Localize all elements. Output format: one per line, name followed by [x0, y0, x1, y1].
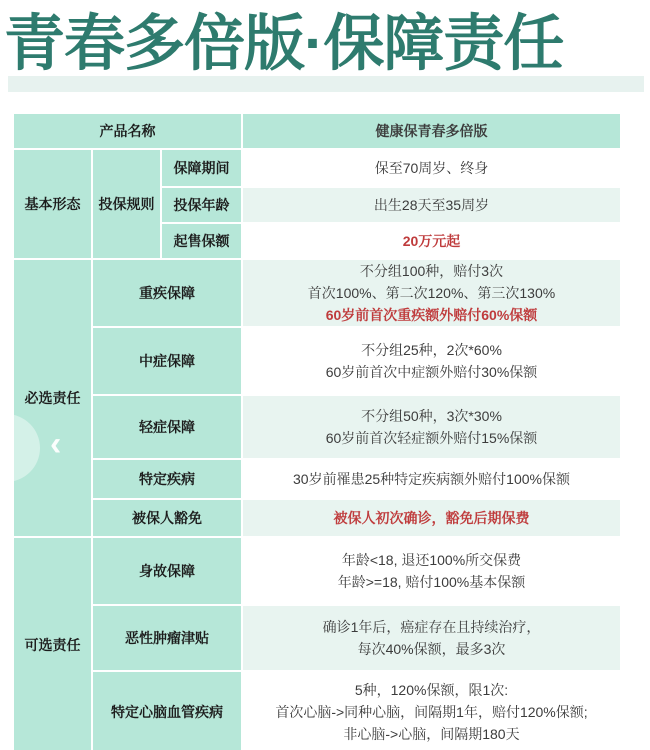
table-row: 中症保障 不分组25种，2次*60% 60岁前首次中症额外赔付30%保额 — [14, 328, 620, 394]
table-row: 可选责任 身故保障 年龄<18, 退还100%所交保费 年龄>=18, 赔付10… — [14, 538, 620, 604]
table-row: 必选责任 重疾保障 不分组100种，赔付3次 首次100%、第二次120%、第三… — [14, 260, 620, 326]
value-cancer-allowance: 确诊1年后，癌症存在且持续治疗， 每次40%保额，最多3次 — [243, 606, 620, 670]
row-label-mild-illness: 轻症保障 — [93, 396, 241, 458]
value-line: 20万元起 — [247, 230, 616, 252]
row-label-specific-disease: 特定疾病 — [93, 460, 241, 498]
section-optional-liability-cell: 可选责任 — [14, 538, 91, 750]
value-line: 保至70周岁、终身 — [247, 157, 616, 179]
value-specific-disease: 30岁前罹患25种特定疾病额外赔付100%保额 — [243, 460, 620, 498]
value-line: 被保人初次确诊，豁免后期保费 — [247, 507, 616, 529]
section-required-liability-cell: 必选责任 — [14, 260, 91, 536]
value-line: 确诊1年后，癌症存在且持续治疗， — [247, 616, 616, 638]
value-line: 不分组100种，赔付3次 — [247, 260, 616, 282]
table-row: 产品名称 健康保青春多倍版 — [14, 114, 620, 148]
value-cardio-cerebrovascular: 5种，120%保额，限1次: 首次心脑->同种心脑，间隔期1年，赔付120%保额… — [243, 672, 620, 750]
value-line: 不分组25种，2次*60% — [247, 339, 616, 361]
table-row: 轻症保障 不分组50种，3次*30% 60岁前首次轻症额外赔付15%保额 — [14, 396, 620, 458]
value-line: 首次心脑->同种心脑，间隔期1年，赔付120%保额; — [247, 701, 616, 723]
value-line: 60岁前首次重疾额外赔付60%保额 — [247, 304, 616, 326]
row-label-entry-age: 投保年龄 — [162, 188, 241, 222]
value-death-benefit: 年龄<18, 退还100%所交保费 年龄>=18, 赔付100%基本保额 — [243, 538, 620, 604]
table-row: 被保人豁免 被保人初次确诊，豁免后期保费 — [14, 500, 620, 536]
table-row: 特定心脑血管疾病 5种，120%保额，限1次: 首次心脑->同种心脑，间隔期1年… — [14, 672, 620, 750]
table-row: 恶性肿瘤津贴 确诊1年后，癌症存在且持续治疗， 每次40%保额，最多3次 — [14, 606, 620, 670]
value-entry-age: 出生28天至35周岁 — [243, 188, 620, 222]
value-line: 非心脑->心脑，间隔期180天 — [247, 723, 616, 745]
value-line: 30岁前罹患25种特定疾病额外赔付100%保额 — [247, 468, 616, 490]
product-name-label-cell: 产品名称 — [14, 114, 241, 148]
value-critical-illness: 不分组100种，赔付3次 首次100%、第二次120%、第三次130% 60岁前… — [243, 260, 620, 326]
row-label-min-sum-insured: 起售保额 — [162, 224, 241, 258]
value-line: 出生28天至35周岁 — [247, 194, 616, 216]
row-label-critical-illness: 重疾保障 — [93, 260, 241, 326]
table-row: 特定疾病 30岁前罹患25种特定疾病额外赔付100%保额 — [14, 460, 620, 498]
chevron-left-icon[interactable]: ‹ — [50, 427, 61, 461]
value-coverage-period: 保至70周岁、终身 — [243, 150, 620, 186]
row-label-cancer-allowance: 恶性肿瘤津贴 — [93, 606, 241, 670]
value-mild-illness: 不分组50种，3次*30% 60岁前首次轻症额外赔付15%保额 — [243, 396, 620, 458]
product-name-value-cell: 健康保青春多倍版 — [243, 114, 620, 148]
value-moderate-illness: 不分组25种，2次*60% 60岁前首次中症额外赔付30%保额 — [243, 328, 620, 394]
row-label-insured-waiver: 被保人豁免 — [93, 500, 241, 536]
group-underwriting-rules-cell: 投保规则 — [93, 150, 160, 258]
value-line: 60岁前首次轻症额外赔付15%保额 — [247, 427, 616, 449]
title-banner: 青春多倍版·保障责任 — [0, 0, 650, 104]
value-line: 不分组50种，3次*30% — [247, 405, 616, 427]
section-basic-form-cell: 基本形态 — [14, 150, 91, 258]
value-line: 60岁前首次中症额外赔付30%保额 — [247, 361, 616, 383]
value-min-sum-insured: 20万元起 — [243, 224, 620, 258]
benefit-table: 产品名称 健康保青春多倍版 基本形态 投保规则 保障期间 保至70周岁、终身 投… — [12, 112, 622, 750]
value-line: 首次100%、第二次120%、第三次130% — [247, 282, 616, 304]
value-line: 5种，120%保额，限1次: — [247, 679, 616, 701]
row-label-coverage-period: 保障期间 — [162, 150, 241, 186]
value-insured-waiver: 被保人初次确诊，豁免后期保费 — [243, 500, 620, 536]
value-line: 年龄<18, 退还100%所交保费 — [247, 549, 616, 571]
row-label-death-benefit: 身故保障 — [93, 538, 241, 604]
table-row: 基本形态 投保规则 保障期间 保至70周岁、终身 — [14, 150, 620, 186]
value-line: 每次40%保额，最多3次 — [247, 638, 616, 660]
page-title: 青春多倍版·保障责任 — [4, 6, 648, 80]
row-label-moderate-illness: 中症保障 — [93, 328, 241, 394]
value-line: 年龄>=18, 赔付100%基本保额 — [247, 571, 616, 593]
row-label-cardio-cerebrovascular: 特定心脑血管疾病 — [93, 672, 241, 750]
